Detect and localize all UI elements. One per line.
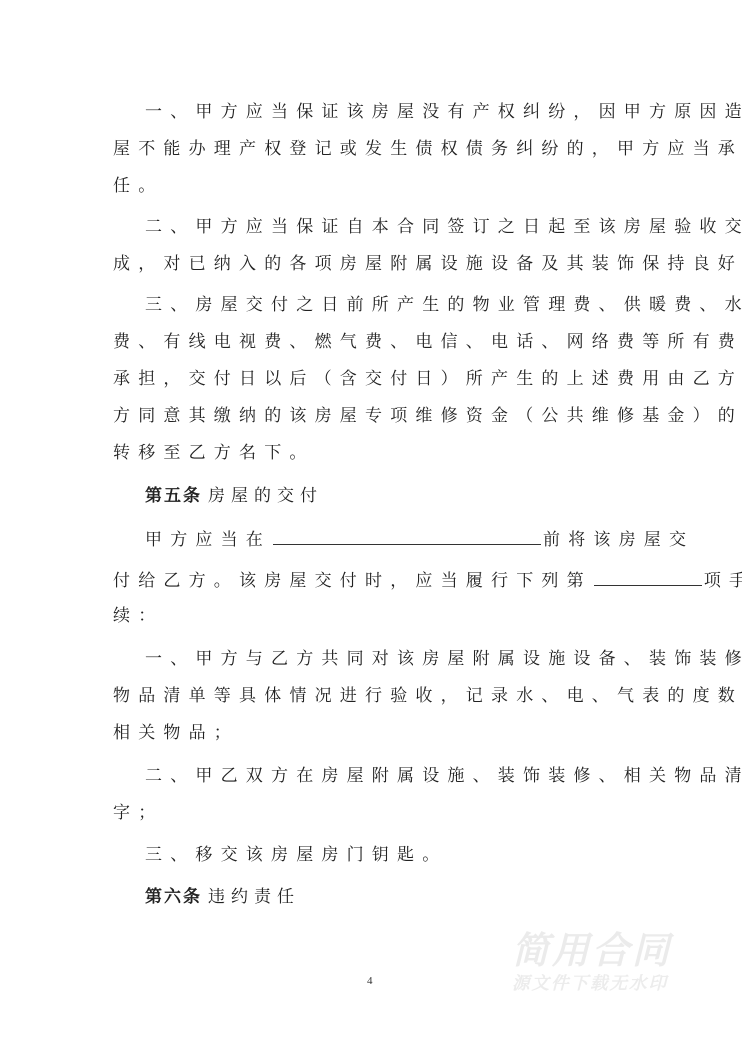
delivery-item-2-line-2: 字； (113, 803, 163, 823)
clause-item-3-line-2: 费、有线电视费、燃气费、电信、电话、网络费等所有费用由甲方 (113, 332, 742, 352)
document-page: 一、甲方应当保证该房屋没有产权纠纷，因甲方原因造成该房 屋不能办理产权登记或发生… (0, 0, 742, 1050)
clause-item-1-line-2: 屋不能办理产权登记或发生债权债务纠纷的，甲方应当承担相应责 (113, 139, 742, 159)
delivery-item-1-line-1: 一、甲方与乙方共同对该房屋附属设施设备、装饰装修、相关 (145, 649, 742, 669)
article-6-heading: 第六条违约责任 (145, 887, 300, 907)
delivery-item-3-line-1: 三、移交该房屋房门钥匙。 (145, 845, 447, 865)
article-5-heading: 第五条房屋的交付 (145, 486, 323, 506)
clause-item-2-line-1: 二、甲方应当保证自本合同签订之日起至该房屋验收交接完 (145, 217, 742, 237)
clause-item-3-line-5: 转移至乙方名下。 (113, 443, 315, 463)
para-prefix-text: 甲方应当在 (145, 530, 271, 550)
para-line2-text: 付给乙方。该房屋交付时，应当履行下列第 (113, 571, 592, 591)
article-title: 房屋的交付 (208, 486, 323, 506)
article-number: 第六条 (145, 887, 202, 907)
article-5-para-line-2: 付给乙方。该房屋交付时，应当履行下列第项手 (113, 569, 742, 591)
delivery-item-1-line-2: 物品清单等具体情况进行验收，记录水、电、气表的度数，并交接 (113, 686, 742, 706)
delivery-item-1-line-3: 相关物品； (113, 723, 239, 743)
clause-item-2-line-2: 成，对已纳入的各项房屋附属设施设备及其装饰保持良好的状况。 (113, 254, 742, 274)
clause-item-1-line-3: 任。 (113, 176, 163, 196)
page-number: 4 (367, 975, 373, 987)
procedure-item-blank[interactable] (594, 569, 702, 586)
delivery-date-blank[interactable] (273, 528, 541, 545)
watermark-brand: 简用合同 (512, 920, 672, 974)
clause-item-3-line-4: 方同意其缴纳的该房屋专项维修资金（公共维修基金）的账面余额 (113, 406, 742, 426)
para-mid-text: 前将该房屋交 (543, 530, 694, 550)
article-5-para-line-1: 甲方应当在前将该房屋交 (145, 528, 694, 550)
clause-item-3-line-1: 三、房屋交付之日前所产生的物业管理费、供暖费、水费、电 (145, 295, 742, 315)
article-number: 第五条 (145, 486, 202, 506)
delivery-item-2-line-1: 二、甲乙双方在房屋附属设施、装饰装修、相关物品清单上签 (145, 766, 742, 786)
article-title: 违约责任 (208, 887, 300, 907)
watermark-tagline: 源文件下载无水印 (512, 970, 668, 995)
article-5-para-line-3: 续： (113, 606, 163, 626)
clause-item-3-line-3: 承担，交付日以后（含交付日）所产生的上述费用由乙方承担。甲 (113, 369, 742, 389)
para-line2-suffix: 项手 (704, 571, 742, 591)
clause-item-1-line-1: 一、甲方应当保证该房屋没有产权纠纷，因甲方原因造成该房 (145, 102, 742, 122)
